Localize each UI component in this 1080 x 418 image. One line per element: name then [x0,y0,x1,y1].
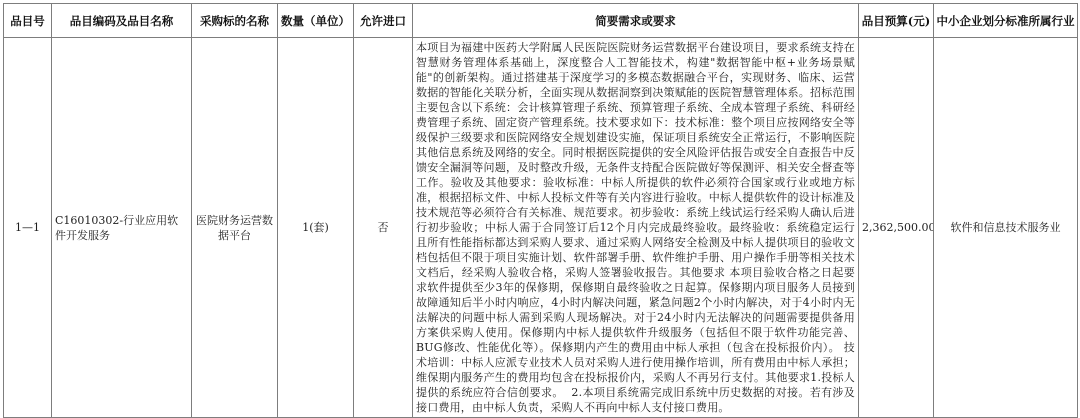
header-sme-industry: 中小企业划分标准所属行业 [934,4,1078,38]
table-row: 1—1 C16010302-行业应用软件开发服务 医院财务运营数据平台 1(套)… [4,38,1078,396]
cell-quantity-unit: 1(套) [278,38,354,396]
cell-requirements: 本项目为福建中医药大学附属人民医院医院财务运营数据平台建设项目，要求系统支持在智… [413,38,859,396]
cell-item-code-and-name: C16010302-行业应用软件开发服务 [52,38,192,396]
cell-item-no: 1—1 [4,38,52,396]
cell-import-allowed: 否 [354,38,413,396]
procurement-table-container: 品目号 品目编码及品目名称 采购标的名称 数量（单位） 允许进口 简要需求或要求… [3,3,1078,395]
header-item-code-and-name: 品目编码及品目名称 [52,4,192,38]
header-import-allowed: 允许进口 [354,4,413,38]
header-budget: 品目预算(元) [859,4,934,38]
header-procurement-target-name: 采购标的名称 [192,4,278,38]
header-requirements: 简要需求或要求 [413,4,859,38]
header-item-no: 品目号 [4,4,52,38]
cell-procurement-target-name: 医院财务运营数据平台 [192,38,278,396]
header-quantity-unit: 数量（单位） [278,4,354,38]
cell-budget: 2,362,500.00 [859,38,934,396]
table-header-row: 品目号 品目编码及品目名称 采购标的名称 数量（单位） 允许进口 简要需求或要求… [4,4,1078,38]
cell-sme-industry: 软件和信息技术服务业 [934,38,1078,396]
procurement-items-table: 品目号 品目编码及品目名称 采购标的名称 数量（单位） 允许进口 简要需求或要求… [3,3,1078,395]
